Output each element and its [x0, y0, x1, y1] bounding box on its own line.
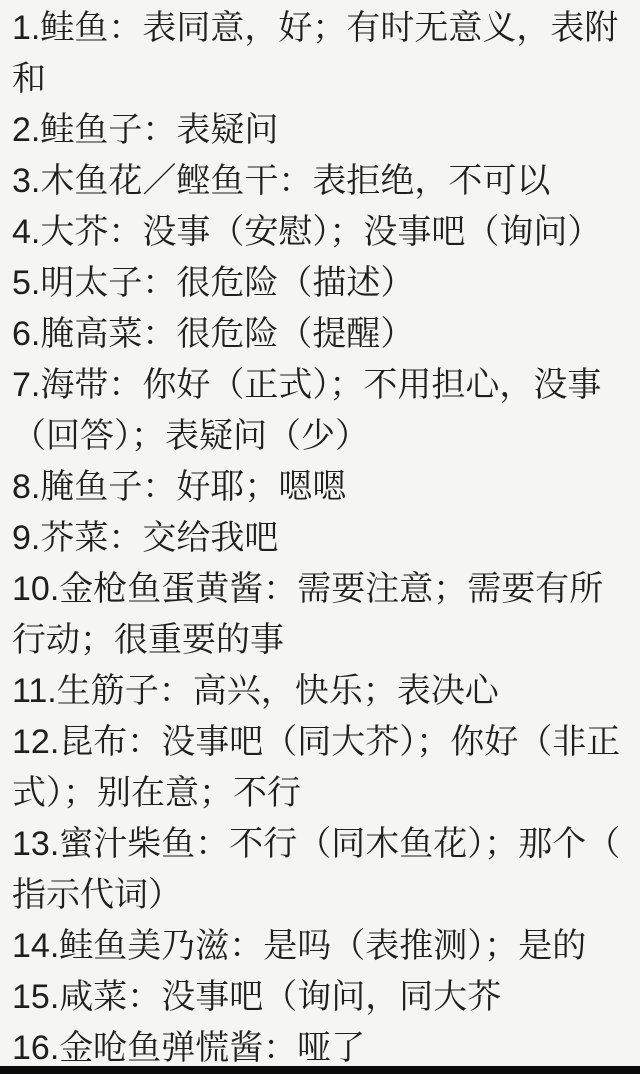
list-item: 13.蜜汁柴鱼：不行（同木鱼花）；那个（指示代词）	[12, 819, 634, 921]
list-item: 5.明太子：很危险（描述）	[12, 258, 634, 309]
handwritten-note-page: 1.鲑鱼：表同意，好；有时无意义，表附和 2.鲑鱼子：表疑问 3.木鱼花／鲣鱼干…	[0, 0, 640, 1074]
list-item: 12.昆布：没事吧（同大芥）；你好（非正式）；别在意；不行	[12, 717, 634, 819]
list-item: 11.生筋子：高兴，快乐；表决心	[12, 666, 634, 717]
list-item: 15.咸菜：没事吧（询问，同大芥	[12, 972, 634, 1023]
note-list: 1.鲑鱼：表同意，好；有时无意义，表附和 2.鲑鱼子：表疑问 3.木鱼花／鲣鱼干…	[12, 3, 634, 1074]
list-item: 8.腌鱼子：好耶；嗯嗯	[12, 462, 634, 513]
list-item: 1.鲑鱼：表同意，好；有时无意义，表附和	[12, 3, 634, 105]
list-item: 9.芥菜：交给我吧	[12, 513, 634, 564]
list-item: 10.金枪鱼蛋黄酱：需要注意；需要有所行动；很重要的事	[12, 564, 634, 666]
list-item: 6.腌高菜：很危险（提醒）	[12, 309, 634, 360]
list-item: 4.大芥：没事（安慰）；没事吧（询问）	[12, 207, 634, 258]
list-item: 2.鲑鱼子：表疑问	[12, 105, 634, 156]
bottom-black-bar	[0, 1066, 640, 1074]
list-item: 7.海带：你好（正式）；不用担心，没事（回答）；表疑问（少）	[12, 360, 634, 462]
list-item: 14.鲑鱼美乃滋：是吗（表推测）；是的	[12, 921, 634, 972]
list-item: 3.木鱼花／鲣鱼干：表拒绝，不可以	[12, 156, 634, 207]
